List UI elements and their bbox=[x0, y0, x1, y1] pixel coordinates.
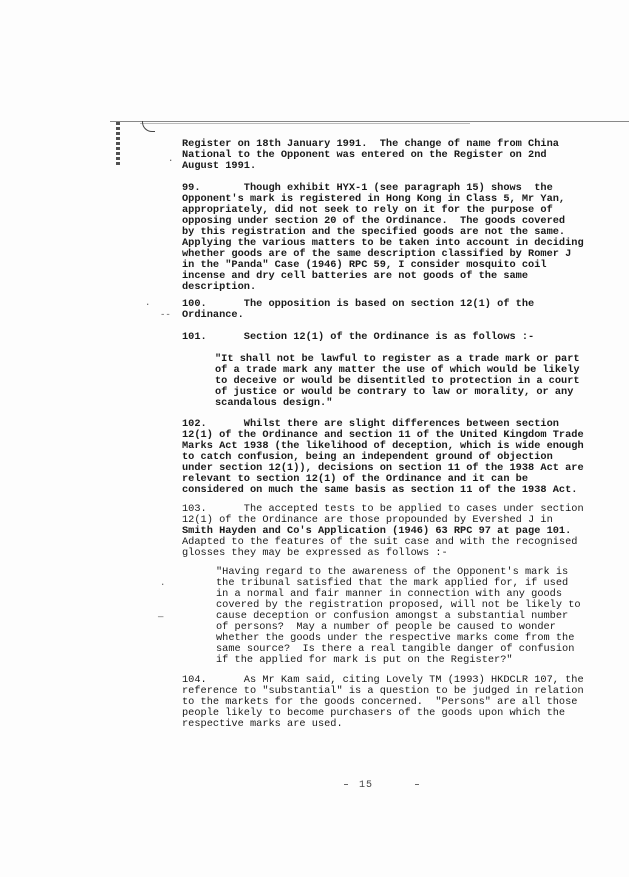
page-number-dash-right bbox=[415, 784, 419, 785]
page-number: 15 bbox=[359, 780, 373, 791]
margin-dot: . bbox=[145, 298, 150, 308]
quote-line: if the applied for mark is put on the Re… bbox=[216, 655, 513, 666]
margin-dash: — bbox=[158, 612, 163, 622]
margin-stamp bbox=[116, 122, 120, 166]
paragraph-line: considered on much the same basis as sec… bbox=[182, 485, 577, 496]
paragraph-line: glosses they may be expressed as follows… bbox=[182, 548, 448, 559]
paragraph-line: description. bbox=[182, 282, 256, 293]
margin-dash: -- bbox=[160, 310, 171, 320]
page-number-dash-left bbox=[344, 784, 348, 785]
paragraph-line: respective marks are used. bbox=[182, 719, 343, 730]
continuation-line: August 1991. bbox=[182, 161, 256, 172]
scan-edge-line bbox=[110, 121, 629, 122]
margin-dot: . bbox=[160, 578, 165, 588]
margin-dot: . bbox=[168, 154, 173, 164]
scan-mark-curl bbox=[142, 121, 155, 132]
paragraph-line: Ordinance. bbox=[182, 310, 244, 321]
quote-line: scandalous design." bbox=[215, 398, 332, 409]
scan-edge-line-secondary bbox=[140, 123, 470, 124]
paragraph-line: 101. Section 12(1) of the Ordinance is a… bbox=[182, 332, 534, 343]
document-page: . . -- . — Register on 18th January 1991… bbox=[0, 0, 629, 877]
